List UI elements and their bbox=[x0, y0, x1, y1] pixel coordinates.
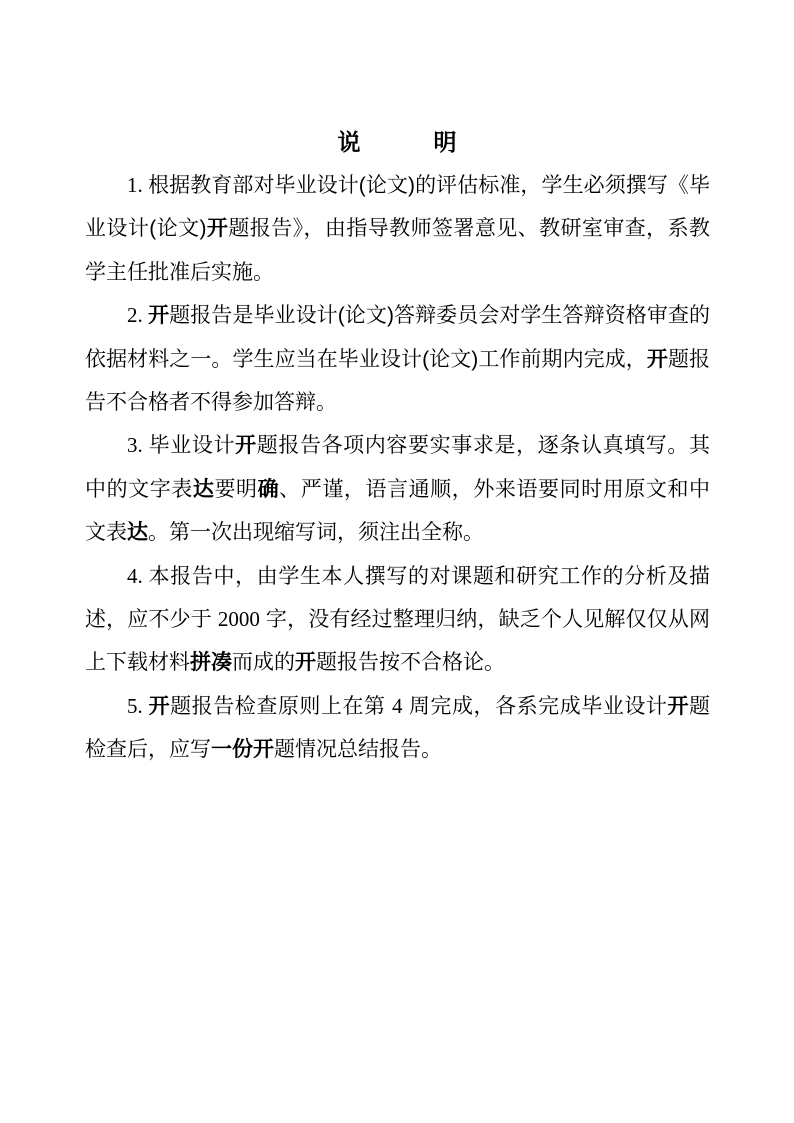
number-run: 5. bbox=[127, 694, 149, 718]
bold-run: 开 bbox=[148, 304, 169, 327]
paragraph: 2. 开题报告是毕业设计(论文)答辩委员会对学生答辩资格审查的依据材料之一。学生… bbox=[85, 294, 710, 424]
bold-run: 达 bbox=[193, 478, 215, 501]
bold-run: 确 bbox=[258, 478, 280, 501]
text-run: 要明 bbox=[214, 478, 257, 501]
document-body: 1. 根据教育部对毕业设计(论文)的评估标准，学生必须撰写《毕业设计(论文)开题… bbox=[85, 164, 710, 772]
paragraph: 4. 本报告中，由学生本人撰写的对课题和研究工作的分析及描述，应不少于 2000… bbox=[85, 555, 710, 685]
number-run: 4 bbox=[392, 694, 403, 718]
bold-run: 拼凑 bbox=[190, 651, 232, 674]
document-title: 说 明 bbox=[85, 121, 710, 164]
bold-run: 开 bbox=[295, 651, 316, 674]
bold-run: 开 bbox=[667, 695, 689, 718]
text-run: 而成的 bbox=[232, 651, 295, 674]
number-run: 3. bbox=[127, 433, 149, 457]
bold-run: 开 bbox=[207, 217, 229, 240]
number-run: 4. bbox=[127, 564, 149, 588]
text-run: 题报告按不合格论。 bbox=[316, 651, 505, 674]
document-page: 说 明 1. 根据教育部对毕业设计(论文)的评估标准，学生必须撰写《毕业设计(论… bbox=[0, 0, 794, 1123]
number-run: 2000 bbox=[218, 607, 260, 631]
text-run: 题情况总结报告。 bbox=[274, 738, 442, 761]
bold-run: 达 bbox=[127, 521, 148, 544]
paragraph: 5. 开题报告检查原则上在第 4 周完成，各系完成毕业设计开题检查后，应写一份开… bbox=[85, 685, 710, 772]
bold-run: 一份开 bbox=[211, 738, 274, 761]
document-content: 说 明 1. 根据教育部对毕业设计(论文)的评估标准，学生必须撰写《毕业设计(论… bbox=[0, 0, 794, 772]
bold-run: 开 bbox=[647, 348, 668, 371]
text-run: 周完成，各系完成毕业设计 bbox=[403, 695, 668, 718]
number-run: 2. bbox=[127, 303, 148, 327]
bold-run: 开 bbox=[149, 695, 171, 718]
text-run: 。第一次出现缩写词，须注出全称。 bbox=[148, 521, 484, 544]
paragraph: 3. 毕业设计开题报告各项内容要实事求是，逐条认真填写。其中的文字表达要明确、严… bbox=[85, 424, 710, 554]
text-run: 毕业设计 bbox=[149, 434, 235, 457]
number-run: 1. bbox=[127, 173, 148, 197]
paragraph: 1. 根据教育部对毕业设计(论文)的评估标准，学生必须撰写《毕业设计(论文)开题… bbox=[85, 164, 710, 294]
bold-run: 开 bbox=[235, 434, 257, 457]
text-run: 题报告是毕业设计(论文)答辩委员会对学生答辩资格审查的依据材料之一。学生应当在毕… bbox=[85, 304, 710, 370]
text-run: 题报告检查原则上在第 bbox=[170, 695, 392, 718]
